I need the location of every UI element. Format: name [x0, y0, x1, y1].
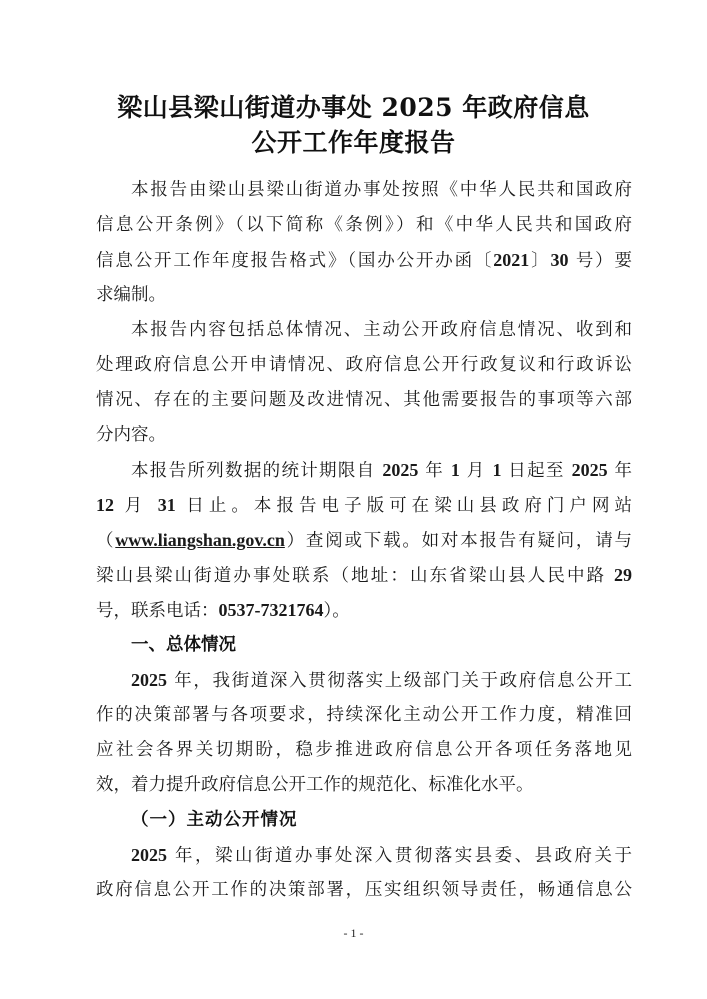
- page-number: - 1 -: [0, 926, 707, 941]
- document-title-line1: 梁山县梁山街道办事处 2025 年政府信息: [0, 88, 707, 124]
- text: 月: [114, 496, 158, 516]
- paragraph-intro-line3: 信息公开工作年度报告格式》（国办公开办函〔2021〕30 号）要: [96, 245, 632, 275]
- paragraph-contents-line2: 处理政府信息公开申请情况、政府信息公开行政复议和行政诉讼: [96, 350, 632, 380]
- paragraph-intro-line2: 信息公开条例》（以下简称《条例》）和《中华人民共和国政府: [96, 210, 632, 240]
- text: 号）要: [568, 251, 632, 271]
- section-overview-line1: 2025 年，我街道深入贯彻落实上级部门关于政府信息公开工: [131, 665, 632, 695]
- section-heading-overview: 一、总体情况: [131, 630, 236, 660]
- month-end: 12: [96, 495, 114, 515]
- phone-number: 0537-7321764: [219, 600, 324, 620]
- paragraph-contents-line1: 本报告内容包括总体情况、主动公开政府信息情况、收到和: [131, 315, 632, 345]
- year: 2025: [131, 670, 167, 690]
- paragraph-period-line1: 本报告所列数据的统计期限自 2025 年 1 月 1 日起至 2025 年: [131, 455, 632, 485]
- paragraph-intro-line4: 求编制。: [96, 280, 632, 310]
- document-title-line2: 公开工作年度报告: [0, 123, 707, 159]
- text: 年: [608, 461, 632, 481]
- year: 2025: [131, 845, 167, 865]
- subsection-heading-proactive-disclosure: （一）主动公开情况: [131, 805, 298, 835]
- website-link[interactable]: www.liangshan.gov.cn: [115, 530, 285, 550]
- text: 〕: [529, 251, 550, 271]
- section-overview-line4: 效，着力提升政府信息公开工作的规范化、标准化水平。: [96, 770, 632, 800]
- paragraph-period-line5: 号，联系电话：0537-7321764）。: [96, 595, 632, 625]
- paragraph-period-line3: （www.liangshan.gov.cn）查阅或下载。如对本报告有疑问，请与: [96, 525, 632, 555]
- year-number: 2021: [493, 250, 529, 270]
- text: 号，联系电话：: [96, 601, 219, 621]
- paragraph-period-line2: 12 月 31 日止。本报告电子版可在梁山县政府门户网站: [96, 490, 632, 520]
- document-page: 梁山县梁山街道办事处 2025 年政府信息 公开工作年度报告 本报告由梁山县梁山…: [0, 0, 707, 999]
- paragraph-contents-line4: 分内容。: [96, 420, 632, 450]
- subsection-proactive-line1: 2025 年，梁山街道办事处深入贯彻落实县委、县政府关于: [131, 840, 632, 870]
- text: 年，梁山街道办事处深入贯彻落实县委、县政府关于: [167, 846, 632, 866]
- text: ）查阅或下载。如对本报告有疑问，请与: [285, 531, 632, 551]
- paragraph-contents-line3: 情况、存在的主要问题及改进情况、其他需要报告的事项等六部: [96, 385, 632, 415]
- text: ）。: [324, 601, 350, 621]
- text: 本报告所列数据的统计期限自: [131, 461, 382, 481]
- paragraph-intro-line1: 本报告由梁山县梁山街道办事处按照《中华人民共和国政府: [131, 175, 632, 205]
- address-number: 29: [614, 565, 632, 585]
- text: 年: [418, 461, 451, 481]
- section-overview-line2: 作的决策部署与各项要求，持续深化主动公开工作力度，精准回: [96, 700, 632, 730]
- text: 日起至: [501, 461, 571, 481]
- paragraph-period-line4: 梁山县梁山街道办事处联系（地址：山东省梁山县人民中路 29: [96, 560, 632, 590]
- text: 月: [460, 461, 493, 481]
- text: 梁山县梁山街道办事处联系（地址：山东省梁山县人民中路: [96, 566, 614, 586]
- year-start: 2025: [382, 460, 418, 480]
- text: （: [96, 531, 115, 551]
- text: 信息公开工作年度报告格式》（国办公开办函〔: [96, 251, 493, 271]
- text: 日止。本报告电子版可在梁山县政府门户网站: [176, 496, 632, 516]
- text: 年，我街道深入贯彻落实上级部门关于政府信息公开工: [167, 671, 632, 691]
- subsection-proactive-line2: 政府信息公开工作的决策部署，压实组织领导责任，畅通信息公: [96, 875, 632, 905]
- section-overview-line3: 应社会各界关切期盼，稳步推进政府信息公开各项任务落地见: [96, 735, 632, 765]
- month-start: 1: [451, 460, 460, 480]
- day-end: 31: [158, 495, 176, 515]
- doc-number: 30: [550, 250, 568, 270]
- year-end: 2025: [572, 460, 608, 480]
